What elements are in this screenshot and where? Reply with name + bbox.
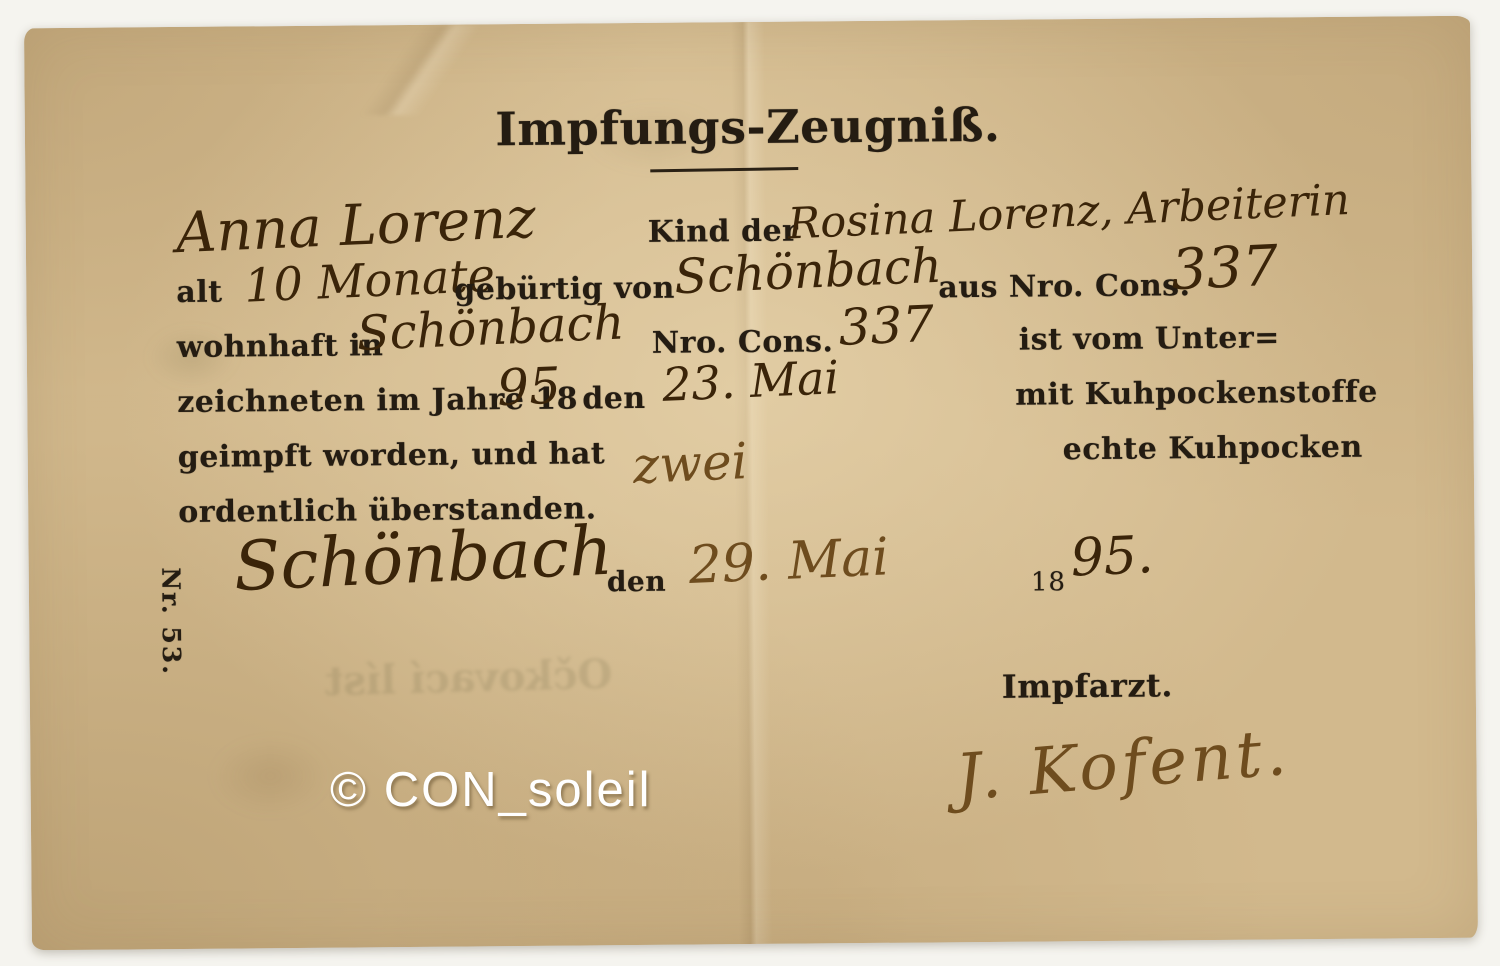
alt-label: alt [176,275,223,310]
ist-vom-unter-label: ist vom Unter= [1019,320,1280,357]
doctor-signature-handwritten: J. Kofent. [953,716,1293,816]
vaccination-year-handwritten: 95 [496,357,562,418]
den-label: den [582,381,646,417]
birth-house-number-handwritten: 337 [1170,234,1280,304]
certificate-paper: Impfungs-Zeugniß. Anna Lorenz Kind der R… [24,16,1478,951]
paper-stain [210,736,331,817]
echte-kuhpocken-label: echte Kuhpocken [1063,430,1363,468]
residence-handwritten: Schönbach [356,294,626,362]
aus-nro-cons-label: aus Nro. Cons. [938,268,1191,305]
residence-house-number-handwritten: 337 [837,295,935,357]
watermark-text: © CON_soleil [330,762,652,818]
serial-number: Nr. 53. [156,551,186,691]
geimpft-worden-label: geimpft worden, und hat [178,436,606,475]
pock-count-handwritten: zwei [632,432,749,495]
issue-year-printed: 18 [1031,567,1066,597]
photo-of-document: { "photo": { "watermark": "© CON_soleil"… [0,0,1500,966]
impfarzt-label: Impfarzt. [1002,666,1173,705]
issue-den-label: den [607,565,667,599]
vaccination-date-handwritten: 23. Mai [661,350,840,412]
certificate-title: Impfungs-Zeugniß. [25,94,1471,161]
mit-kuhpockenstoffe-label: mit Kuhpockenstoffe [1015,375,1378,413]
wohnhaft-in-label: wohnhaft in [177,328,384,365]
issue-date-handwritten: 29. Mai [687,527,890,596]
bleedthrough-text: Očkovací líst [324,651,613,706]
issue-year-handwritten: 95. [1069,525,1154,589]
issue-place-handwritten: Schönbach [232,512,614,607]
